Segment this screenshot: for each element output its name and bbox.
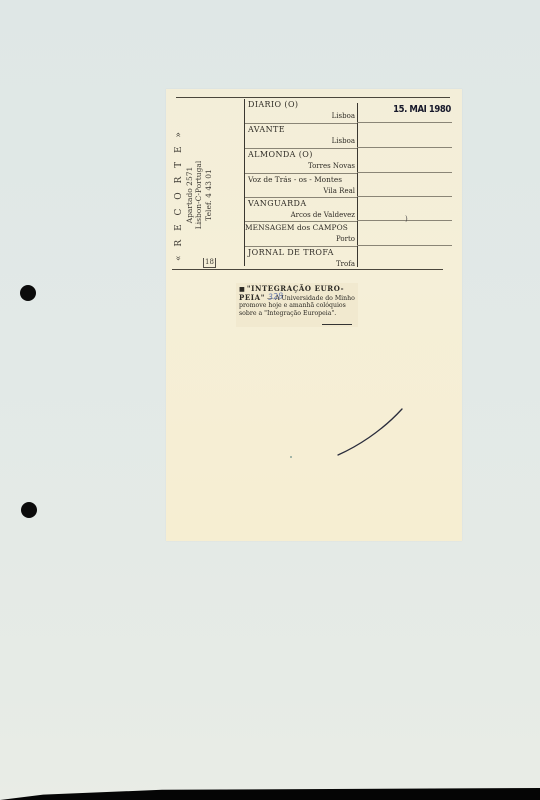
agency-phone: Telef. 4 43 01 (204, 125, 214, 265)
publication-city: Porto (336, 235, 355, 243)
punch-hole-bottom (21, 502, 37, 518)
page-number: 18 (203, 258, 216, 268)
publication-row: VANGUARDA Arcos de Valdevez (245, 198, 357, 222)
publication-city: Trofa (336, 260, 355, 268)
punch-hole-top (20, 285, 36, 301)
publication-row: DIARIO (O) Lisboa (245, 99, 357, 123)
publication-name: AVANTE (248, 125, 285, 134)
date-stamp: 15. MAI 1980 (393, 104, 451, 115)
publication-name: ALMONDA (O) (248, 150, 313, 159)
scan-edge-shadow (0, 788, 540, 800)
agency-name: « R E C O R T E » (175, 125, 185, 265)
publication-name: VANGUARDA (248, 199, 307, 208)
newspaper-clipping: ■ "INTEGRAÇÃO EURO-PEIA" — A Universidad… (236, 283, 358, 327)
date-row-divider (357, 147, 452, 148)
publication-city: Torres Novas (308, 162, 355, 170)
publication-city: Vila Real (323, 187, 355, 195)
publication-city: Lisboa (332, 137, 355, 145)
middle-column-line (357, 103, 358, 267)
publication-row: ALMONDA (O) Torres Novas (245, 149, 357, 173)
agency-block: « R E C O R T E » Apartado 2571 Lisbon-C… (171, 125, 231, 265)
publication-row: AVANTE Lisboa (245, 124, 357, 148)
agency-city: Lisbon-C-Portugal (194, 125, 204, 265)
agency-address: Apartado 2571 (185, 125, 195, 265)
publication-row: MENSAGEM dos CAMPOS Porto (245, 222, 357, 246)
date-row-divider (357, 196, 452, 197)
publication-city: Lisboa (332, 112, 355, 120)
pen-stroke (336, 407, 406, 457)
ink-speck (290, 456, 292, 458)
publication-row: Voz de Trás - os - Montes Vila Real (245, 174, 357, 198)
pencil-mark: ) (405, 215, 408, 223)
handwritten-note: 328 (268, 292, 284, 301)
publication-name: DIARIO (O) (248, 100, 298, 109)
top-rule (176, 97, 450, 98)
publication-name: Voz de Trás - os - Montes (248, 175, 342, 184)
date-row-divider (357, 245, 452, 246)
publication-city: Arcos de Valdevez (291, 211, 355, 219)
date-row-divider (357, 172, 452, 173)
clipping-end-rule (322, 324, 352, 325)
date-row-divider (357, 122, 452, 123)
publication-row: JORNAL DE TROFA Trofa (245, 247, 357, 271)
publication-name: JORNAL DE TROFA (248, 248, 334, 257)
publication-name: MENSAGEM dos CAMPOS (245, 223, 348, 232)
clipping-sheet: « R E C O R T E » Apartado 2571 Lisbon-C… (166, 89, 462, 541)
